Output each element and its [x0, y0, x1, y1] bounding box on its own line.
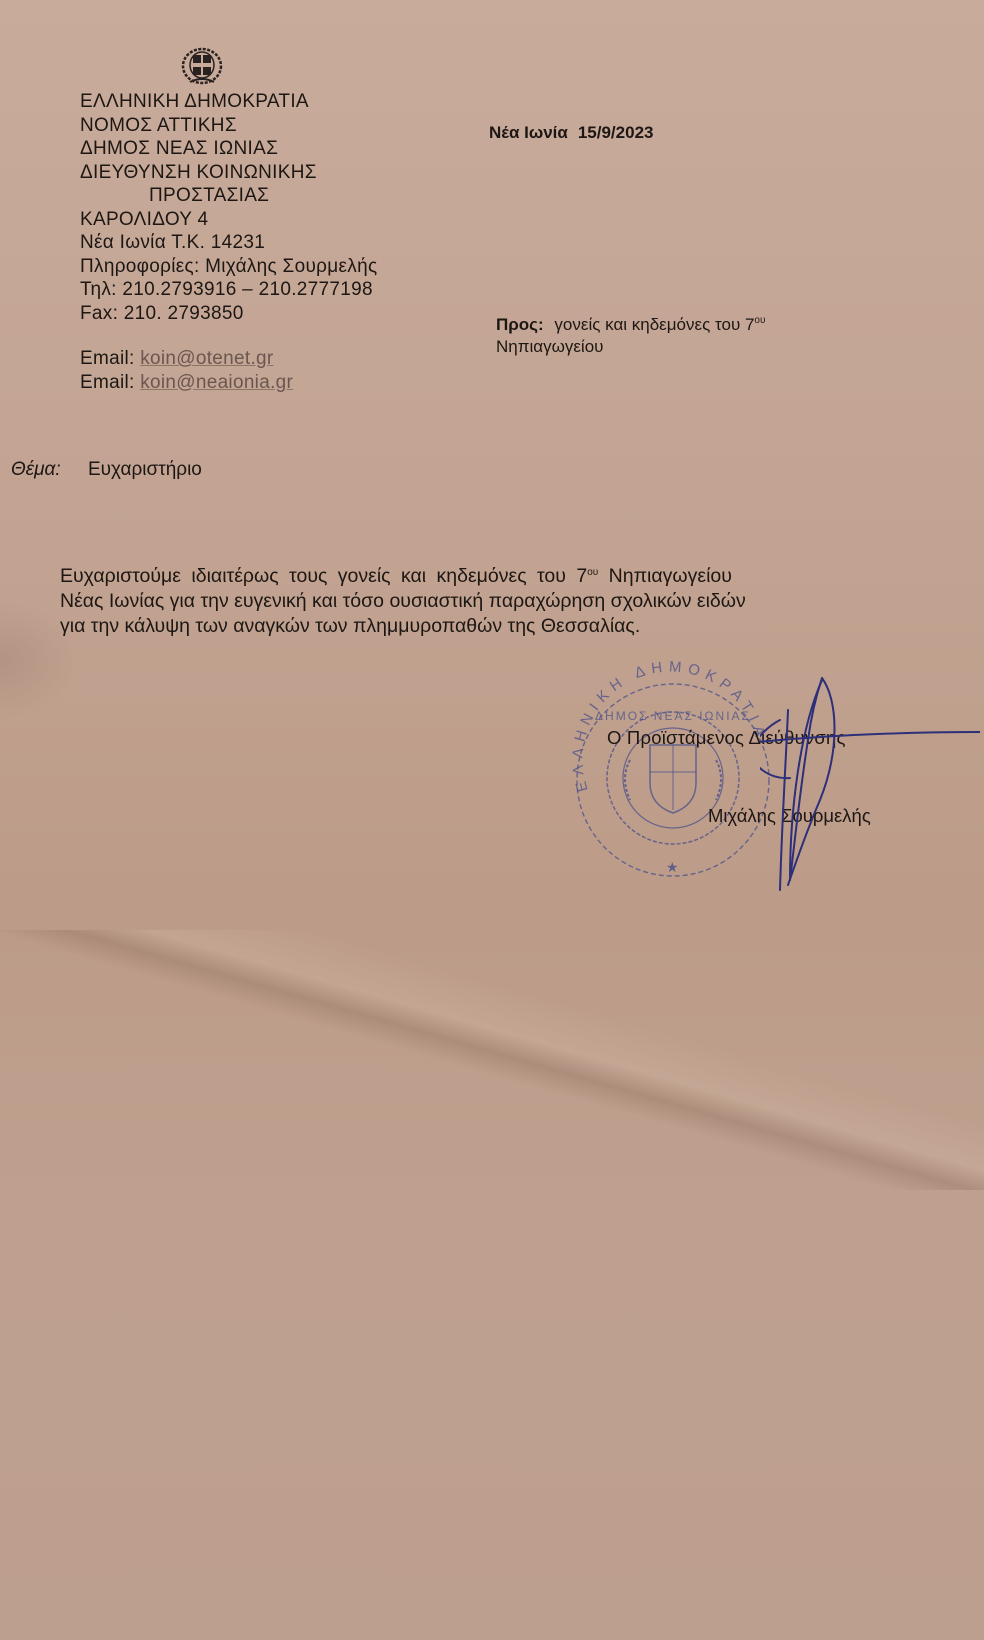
header-line-postcode: Νέα Ιωνία Τ.Κ. 14231: [80, 231, 377, 255]
header-line-phone: Τηλ: 210.2793916 – 210.2777198: [80, 278, 377, 302]
handwritten-signature-icon: [760, 670, 980, 900]
header-line-country: ΕΛΛΗΝΙΚΗ ΔΗΜΟΚΡΑΤΙΑ: [80, 90, 377, 114]
body-text-fragment: Ευχαριστούμε ιδιαιτέρως τους γονείς και …: [60, 565, 587, 587]
body-ordinal: ου: [587, 567, 598, 578]
email-line-1: Email: koin@otenet.gr: [80, 347, 377, 371]
body-text-fragment: Νηπιαγωγείου: [598, 565, 732, 587]
recipient-ordinal: ου: [754, 315, 765, 326]
header-line-municipality: ΔΗΜΟΣ ΝΕΑΣ ΙΩΝΙΑΣ: [80, 137, 377, 161]
subject-text: Ευχαριστήριο: [88, 459, 202, 480]
email-link-otenet[interactable]: koin@otenet.gr: [140, 348, 273, 369]
sender-header: ΕΛΛΗΝΙΚΗ ΔΗΜΟΚΡΑΤΙΑ ΝΟΜΟΣ ΑΤΤΙΚΗΣ ΔΗΜΟΣ …: [80, 90, 377, 394]
subject-label: Θέμα:: [11, 459, 61, 480]
header-line-directorate: ΔΙΕΥΘΥΝΣΗ ΚΟΙΝΩΝΙΚΗΣ: [80, 161, 377, 185]
header-line-directorate-cont: ΠΡΟΣΤΑΣΙΑΣ: [80, 184, 377, 208]
spacer: [80, 325, 377, 347]
header-line-fax: Fax: 210. 2793850: [80, 302, 377, 326]
letter-body: Ευχαριστούμε ιδιαιτέρως τους γονείς και …: [60, 564, 910, 639]
date-value: 15/9/2023: [578, 123, 654, 142]
body-line-1: Ευχαριστούμε ιδιαιτέρως τους γονείς και …: [60, 564, 910, 589]
recipient-continuation: Νηπιαγωγείου: [496, 336, 765, 358]
header-line-prefecture: ΝΟΜΟΣ ΑΤΤΙΚΗΣ: [80, 114, 377, 138]
subject-line: Θέμα: Ευχαριστήριο: [11, 459, 202, 481]
email-link-neaionia[interactable]: koin@neaionia.gr: [140, 372, 293, 393]
recipient-block: Προς: γονείς και κηδεμόνες του 7ου Νηπια…: [496, 314, 765, 358]
header-line-contact-person: Πληροφορίες: Μιχάλης Σουρμελής: [80, 255, 377, 279]
header-line-address: ΚΑΡΟΛΙΔΟΥ 4: [80, 208, 377, 232]
svg-text:★: ★: [666, 860, 679, 876]
date-line: Νέα Ιωνία15/9/2023: [489, 123, 653, 143]
body-line-3: για την κάλυψη των αναγκών των πλημμυροπ…: [60, 614, 910, 639]
body-line-2: Νέας Ιωνίας για την ευγενική και τόσο ου…: [60, 589, 910, 614]
email-label: Email:: [80, 348, 135, 369]
recipient-line: Προς: γονείς και κηδεμόνες του 7ου: [496, 314, 765, 336]
greek-coat-of-arms-icon: [180, 46, 224, 86]
recipient-label: Προς:: [496, 315, 544, 334]
email-line-2: Email: koin@neaionia.gr: [80, 371, 377, 395]
paper-fold-crease: [0, 930, 984, 1190]
recipient-text: γονείς και κηδεμόνες του 7: [554, 315, 754, 334]
svg-text:ΔΗΜΟΣ ΝΕΑΣ ΙΩΝΙΑΣ: ΔΗΜΟΣ ΝΕΑΣ ΙΩΝΙΑΣ: [595, 709, 751, 723]
official-stamp-icon: ΕΛΛΗΝΙΚΗ ΔΗΜΟΚΡΑΤΙΑ ΔΗΜΟΣ ΝΕΑΣ ΙΩΝΙΑΣ ★: [568, 660, 778, 880]
email-label: Email:: [80, 372, 135, 393]
date-place: Νέα Ιωνία: [489, 123, 568, 142]
